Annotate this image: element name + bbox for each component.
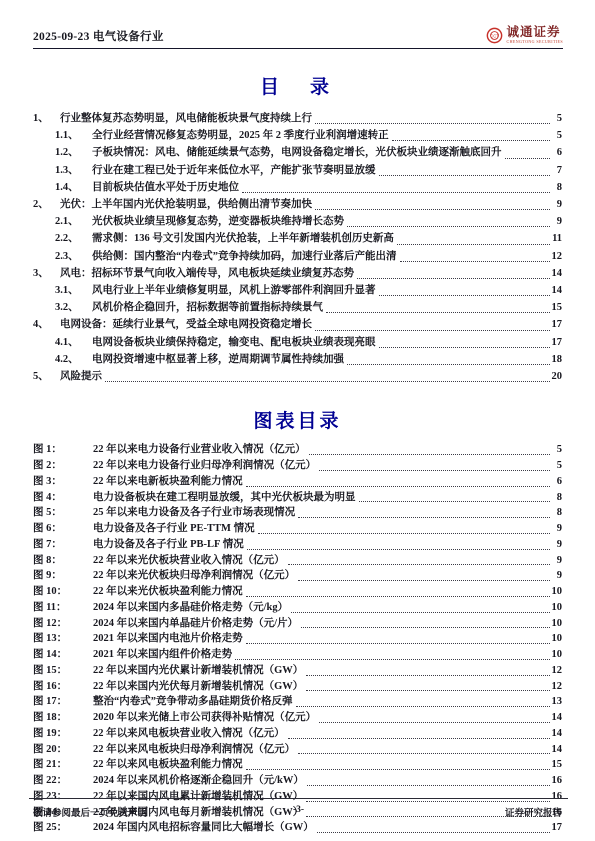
toc-entry[interactable]: 1、 行业整体复苏态势明显，风电储能板块景气度持续上行 5: [33, 110, 562, 127]
toc-entry-label: 电网设备：延续行业景气，受益全球电网投资稳定增长: [60, 316, 312, 333]
figure-entry[interactable]: 图 25： 2024 年国内风电招标容量同比大幅增长（GW） 17: [33, 820, 562, 836]
dotted-leader: [347, 226, 550, 227]
figure-entry-number: 图 19：: [33, 726, 93, 742]
figure-entry[interactable]: 图 3： 22 年以来电新板块盈利能力情况 6: [33, 474, 562, 490]
dotted-leader: [246, 643, 550, 644]
dotted-leader: [315, 209, 550, 210]
figure-entry-page: 14: [552, 742, 563, 758]
dotted-leader: [306, 675, 549, 676]
toc-entry[interactable]: 1.4、 目前板块估值水平处于历史地位 8: [33, 179, 562, 196]
dotted-leader: [298, 580, 550, 581]
figure-entry-label: 25 年以来电力设备及各子行业市场表现情况: [93, 505, 295, 521]
figure-entry-label: 22 年以来风电板块盈利能力情况: [93, 757, 243, 773]
figure-entry-page: 5: [552, 458, 562, 474]
figure-entry-page: 6: [552, 474, 562, 490]
toc-entry-label: 电网设备板块业绩保持稳定，输变电、配电板块业绩表现亮眼: [92, 334, 376, 351]
dotted-leader: [319, 722, 549, 723]
toc-entry[interactable]: 2.3、 供给侧：国内整治“内卷式”竞争持续加码，加速行业落后产能出清 12: [33, 248, 562, 265]
figure-entry[interactable]: 图 9： 22 年以来光伏板块归母净利润情况（亿元） 9: [33, 568, 562, 584]
dotted-leader: [379, 347, 550, 348]
figure-entry-number: 图 9：: [33, 568, 93, 584]
toc-entry-number: 3.1、: [55, 282, 92, 299]
figure-entry-label: 2021 年以来国内电池片价格走势: [93, 631, 243, 647]
figure-entry[interactable]: 图 19： 22 年以来风电板块营业收入情况（亿元） 14: [33, 726, 562, 742]
toc-entry-number: 3、: [33, 265, 60, 282]
dotted-leader: [379, 295, 550, 296]
toc-title: 目 录: [33, 72, 562, 99]
toc-entry[interactable]: 4.1、 电网设备板块业绩保持稳定，输变电、配电板块业绩表现亮眼 17: [33, 334, 562, 351]
toc-entry-number: 4、: [33, 316, 60, 333]
figure-entry[interactable]: 图 8： 22 年以来光伏板块营业收入情况（亿元） 9: [33, 553, 562, 569]
header-date-industry: 2025-09-23 电气设备行业: [33, 28, 164, 44]
brand-emblem-icon: CCT: [486, 27, 503, 44]
figure-entry-label: 22 年以来电力设备行业营业收入情况（亿元）: [93, 442, 306, 458]
figure-entry-page: 17: [552, 820, 563, 836]
figure-entry-number: 图 7：: [33, 537, 93, 553]
figure-entry-page: 10: [552, 616, 563, 632]
brand-text: 诚通证券 CHENGTONG SECURITIES: [507, 26, 563, 44]
figure-entry-label: 2020 年以来光储上市公司获得补贴情况（亿元）: [93, 710, 316, 726]
toc-entry-label: 光伏板块业绩呈现修复态势，逆变器板块维持增长态势: [92, 213, 344, 230]
toc-entry-page: 12: [552, 248, 563, 265]
dotted-leader: [246, 769, 550, 770]
page-header: 2025-09-23 电气设备行业 CCT 诚通证券 CHENGTONG SEC…: [33, 22, 563, 49]
dotted-leader: [242, 192, 550, 193]
toc-entry[interactable]: 4、 电网设备：延续行业景气，受益全球电网投资稳定增长 17: [33, 316, 562, 333]
figure-list: 图 1： 22 年以来电力设备行业营业收入情况（亿元） 5 图 2： 22 年以…: [33, 442, 562, 836]
figure-entry-label: 2024 年以来国内单晶硅片价格走势（元/片）: [93, 616, 298, 632]
figure-entry-label: 2024 年以来国内多晶硅价格走势（元/kg）: [93, 600, 288, 616]
figure-entry-page: 12: [552, 663, 563, 679]
figures-title: 图表目录: [33, 406, 562, 433]
figure-entry-number: 图 12：: [33, 616, 93, 632]
toc-entry-label: 目前板块估值水平处于历史地位: [92, 179, 239, 196]
figure-entry[interactable]: 图 10： 22 年以来光伏板块盈利能力情况 10: [33, 584, 562, 600]
figure-entry-label: 22 年以来光伏板块盈利能力情况: [93, 584, 243, 600]
figure-entry-page: 8: [552, 490, 562, 506]
dotted-leader: [347, 364, 550, 365]
figure-entry-number: 图 25：: [33, 820, 93, 836]
figure-entry-number: 图 1：: [33, 442, 93, 458]
dotted-leader: [291, 612, 549, 613]
figure-entry-page: 13: [552, 694, 563, 710]
toc-entry[interactable]: 2.2、 需求侧：136 号文引发国内光伏抢装，上半年新增装机创历史新高 11: [33, 230, 562, 247]
figure-entry[interactable]: 图 7： 电力设备及各子行业 PB-LF 情况 9: [33, 537, 562, 553]
toc-entry-number: 1.3、: [55, 162, 92, 179]
toc-entry-page: 14: [552, 282, 563, 299]
report-page: 2025-09-23 电气设备行业 CCT 诚通证券 CHENGTONG SEC…: [0, 0, 595, 841]
toc-entry-number: 2.3、: [55, 248, 92, 265]
figure-entry[interactable]: 图 21： 22 年以来风电板块盈利能力情况 15: [33, 757, 562, 773]
dotted-leader: [357, 278, 550, 279]
figure-entry[interactable]: 图 4： 电力设备板块在建工程明显放缓，其中光伏板块最为明显 8: [33, 490, 562, 506]
figure-entry-page: 14: [552, 710, 563, 726]
figure-entry-label: 22 年以来光伏板块营业收入情况（亿元）: [93, 553, 285, 569]
figure-entry-page: 15: [552, 757, 563, 773]
figure-entry-label: 22 年以来风电板块营业收入情况（亿元）: [93, 726, 285, 742]
toc-entry[interactable]: 2.1、 光伏板块业绩呈现修复态势，逆变器板块维持增长态势 9: [33, 213, 562, 230]
figure-entry-number: 图 5：: [33, 505, 93, 521]
figure-entry-label: 电力设备板块在建工程明显放缓，其中光伏板块最为明显: [93, 490, 356, 506]
toc-entry[interactable]: 3、 风电：招标环节景气向收入端传导，风电板块延续业绩复苏态势 14: [33, 265, 562, 282]
figure-entry-number: 图 18：: [33, 710, 93, 726]
toc-entry-number: 1、: [33, 110, 60, 127]
toc-entry-number: 1.2、: [55, 144, 92, 161]
brand-subtitle: CHENGTONG SECURITIES: [507, 40, 563, 44]
toc-entry-label: 全行业经营情况修复态势明显，2025 年 2 季度行业利润增速转正: [92, 127, 389, 144]
toc-entry-number: 2.1、: [55, 213, 92, 230]
toc-entry-page: 5: [552, 127, 562, 144]
toc-entry-page: 9: [552, 213, 562, 230]
toc-entry-page: 20: [552, 368, 563, 385]
dotted-leader: [400, 261, 550, 262]
toc-list: 1、 行业整体复苏态势明显，风电储能板块景气度持续上行 5 1.1、 全行业经营…: [33, 110, 562, 385]
figure-entry-page: 10: [552, 600, 563, 616]
figure-entry-page: 8: [552, 505, 562, 521]
dotted-leader: [296, 706, 550, 707]
toc-entry-label: 需求侧：136 号文引发国内光伏抢装，上半年新增装机创历史新高: [92, 230, 394, 247]
dotted-leader: [505, 158, 551, 159]
figure-entry-number: 图 11：: [33, 600, 93, 616]
toc-entry-number: 1.1、: [55, 127, 92, 144]
toc-entry-number: 4.2、: [55, 351, 92, 368]
toc-entry-label: 行业整体复苏态势明显，风电储能板块景气度持续上行: [60, 110, 312, 127]
figure-entry-number: 图 20：: [33, 742, 93, 758]
dotted-leader: [301, 627, 549, 628]
footer-disclaimer: 敬请参阅最后一页免责声明: [33, 805, 147, 819]
toc-entry-page: 9: [552, 196, 562, 213]
toc-entry-page: 11: [552, 230, 562, 247]
page-footer: 敬请参阅最后一页免责声明 -3- 证券研究报告: [29, 798, 568, 819]
figure-entry-label: 整治“内卷式”竞争带动多晶硅期货价格反弹: [93, 694, 293, 710]
toc-entry-page: 17: [552, 316, 563, 333]
toc-entry-number: 3.2、: [55, 299, 92, 316]
toc-entry[interactable]: 1.2、 子板块情况：风电、储能延续景气态势，电网设备稳定增长，光伏板块业绩逐渐…: [33, 144, 562, 161]
toc-entry[interactable]: 4.2、 电网投资增速中枢显著上移，逆周期调节属性持续加强 18: [33, 351, 562, 368]
toc-entry-label: 风电行业上半年业绩修复明显，风机上游零部件利润回升显著: [92, 282, 376, 299]
toc-entry-label: 子板块情况：风电、储能延续景气态势，电网设备稳定增长，光伏板块业绩逐渐触底回升: [92, 144, 502, 161]
figure-entry-page: 5: [552, 442, 562, 458]
dotted-leader: [247, 549, 550, 550]
dotted-leader: [359, 501, 551, 502]
toc-entry-number: 1.4、: [55, 179, 92, 196]
figure-entry-number: 图 3：: [33, 474, 93, 490]
dotted-leader: [392, 140, 550, 141]
figure-entry[interactable]: 图 20： 22 年以来风电板块归母净利润情况（亿元） 14: [33, 742, 562, 758]
figure-entry[interactable]: 图 18： 2020 年以来光储上市公司获得补贴情况（亿元） 14: [33, 710, 562, 726]
toc-entry-page: 17: [552, 334, 563, 351]
figure-entry-page: 10: [552, 631, 563, 647]
figure-entry-label: 22 年以来电新板块盈利能力情况: [93, 474, 243, 490]
figure-entry[interactable]: 图 5： 25 年以来电力设备及各子行业市场表现情况 8: [33, 505, 562, 521]
page-content: 目 录 1、 行业整体复苏态势明显，风电储能板块景气度持续上行 5 1.1、 全…: [33, 70, 562, 836]
dotted-leader: [315, 123, 550, 124]
dotted-leader: [105, 381, 550, 382]
footer-page-number: -3-: [293, 805, 304, 815]
figure-entry-number: 图 22：: [33, 773, 93, 789]
toc-entry-label: 风险提示: [60, 368, 102, 385]
figure-entry-label: 22 年以来国内光伏每月新增装机情况（GW）: [93, 679, 303, 695]
figure-entry-number: 图 10：: [33, 584, 93, 600]
dotted-leader: [319, 470, 550, 471]
figure-entry[interactable]: 图 2： 22 年以来电力设备行业归母净利润情况（亿元） 5: [33, 458, 562, 474]
toc-entry-page: 8: [552, 179, 562, 196]
dotted-leader: [306, 690, 549, 691]
dotted-leader: [298, 753, 549, 754]
figure-entry[interactable]: 图 6： 电力设备及各子行业 PE-TTM 情况 9: [33, 521, 562, 537]
figure-entry-number: 图 14：: [33, 647, 93, 663]
dotted-leader: [326, 312, 550, 313]
dotted-leader: [307, 785, 550, 786]
toc-entry-label: 供给侧：国内整治“内卷式”竞争持续加码，加速行业落后产能出清: [92, 248, 397, 265]
figure-entry-label: 电力设备及各子行业 PB-LF 情况: [93, 537, 244, 553]
figure-entry-page: 12: [552, 679, 563, 695]
brand-logo: CCT 诚通证券 CHENGTONG SECURITIES: [486, 26, 563, 44]
figure-entry-number: 图 8：: [33, 553, 93, 569]
toc-entry-label: 风机价格企稳回升，招标数据等前置指标持续景气: [92, 299, 323, 316]
figure-entry-label: 22 年以来风电板块归母净利润情况（亿元）: [93, 742, 295, 758]
dotted-leader: [258, 533, 550, 534]
toc-entry-label: 光伏：上半年国内光伏抢装明显，供给侧出清节奏加快: [60, 196, 312, 213]
figure-entry[interactable]: 图 15： 22 年以来国内光伏累计新增装机情况（GW） 12: [33, 663, 562, 679]
dotted-leader: [246, 486, 550, 487]
toc-entry-page: 14: [552, 265, 563, 282]
toc-entry-page: 15: [552, 299, 563, 316]
figure-entry[interactable]: 图 1： 22 年以来电力设备行业营业收入情况（亿元） 5: [33, 442, 562, 458]
figure-entry-number: 图 6：: [33, 521, 93, 537]
figure-entry-number: 图 16：: [33, 679, 93, 695]
figure-entry-label: 2024 年国内风电招标容量同比大幅增长（GW）: [93, 820, 314, 836]
figure-entry-number: 图 15：: [33, 663, 93, 679]
toc-entry-page: 18: [552, 351, 563, 368]
toc-entry-number: 5、: [33, 368, 60, 385]
dotted-leader: [246, 596, 550, 597]
dotted-leader: [298, 517, 550, 518]
dotted-leader: [397, 244, 550, 245]
figure-entry-number: 图 2：: [33, 458, 93, 474]
dotted-leader: [315, 330, 550, 331]
toc-entry-page: 7: [552, 162, 562, 179]
toc-entry-label: 电网投资增速中枢显著上移，逆周期调节属性持续加强: [92, 351, 344, 368]
toc-entry[interactable]: 1.3、 行业在建工程已处于近年来低位水平，产能扩张节奏明显放缓 7: [33, 162, 562, 179]
toc-entry-number: 2、: [33, 196, 60, 213]
figure-entry-page: 16: [552, 773, 563, 789]
dotted-leader: [309, 454, 550, 455]
dotted-leader: [235, 659, 549, 660]
toc-entry-label: 行业在建工程已处于近年来低位水平，产能扩张节奏明显放缓: [92, 162, 376, 179]
dotted-leader: [379, 175, 551, 176]
toc-entry-page: 6: [552, 144, 562, 161]
dotted-leader: [288, 564, 550, 565]
figure-entry-page: 14: [552, 726, 563, 742]
figure-entry[interactable]: 图 16： 22 年以来国内光伏每月新增装机情况（GW） 12: [33, 679, 562, 695]
figure-entry-page: 9: [552, 537, 562, 553]
figure-entry-label: 2021 年以来国内组件价格走势: [93, 647, 232, 663]
figure-entry-number: 图 13：: [33, 631, 93, 647]
figure-entry-page: 9: [552, 568, 562, 584]
toc-entry[interactable]: 5、 风险提示 20: [33, 368, 562, 385]
toc-entry[interactable]: 1.1、 全行业经营情况修复态势明显，2025 年 2 季度行业利润增速转正 5: [33, 127, 562, 144]
figure-entry-page: 9: [552, 521, 562, 537]
toc-entry[interactable]: 3.2、 风机价格企稳回升，招标数据等前置指标持续景气 15: [33, 299, 562, 316]
figure-entry[interactable]: 图 11： 2024 年以来国内多晶硅价格走势（元/kg） 10: [33, 600, 562, 616]
figure-entry-number: 图 4：: [33, 490, 93, 506]
toc-entry[interactable]: 3.1、 风电行业上半年业绩修复明显，风机上游零部件利润回升显著 14: [33, 282, 562, 299]
toc-entry[interactable]: 2、 光伏：上半年国内光伏抢装明显，供给侧出清节奏加快 9: [33, 196, 562, 213]
dotted-leader: [288, 738, 550, 739]
figure-entry-page: 10: [552, 584, 563, 600]
figure-entry-label: 22 年以来电力设备行业归母净利润情况（亿元）: [93, 458, 316, 474]
brand-name: 诚通证券: [507, 26, 563, 39]
figure-entry-page: 10: [552, 647, 563, 663]
svg-text:CCT: CCT: [490, 33, 499, 38]
figure-entry[interactable]: 图 22： 2024 年以来风机价格逐渐企稳回升（元/kW） 16: [33, 773, 562, 789]
figure-entry-label: 22 年以来国内光伏累计新增装机情况（GW）: [93, 663, 303, 679]
figure-entry-number: 图 17：: [33, 694, 93, 710]
footer-report-type: 证券研究报告: [505, 805, 562, 819]
toc-entry-number: 4.1、: [55, 334, 92, 351]
figure-entry[interactable]: 图 17： 整治“内卷式”竞争带动多晶硅期货价格反弹 13: [33, 694, 562, 710]
figure-entry[interactable]: 图 12： 2024 年以来国内单晶硅片价格走势（元/片） 10: [33, 616, 562, 632]
figure-entry[interactable]: 图 13： 2021 年以来国内电池片价格走势 10: [33, 631, 562, 647]
toc-entry-number: 2.2、: [55, 230, 92, 247]
figure-entry-label: 22 年以来光伏板块归母净利润情况（亿元）: [93, 568, 295, 584]
figure-entry-number: 图 21：: [33, 757, 93, 773]
toc-entry-label: 风电：招标环节景气向收入端传导，风电板块延续业绩复苏态势: [60, 265, 354, 282]
figure-entry[interactable]: 图 14： 2021 年以来国内组件价格走势 10: [33, 647, 562, 663]
toc-entry-page: 5: [552, 110, 562, 127]
figure-entry-label: 电力设备及各子行业 PE-TTM 情况: [93, 521, 255, 537]
dotted-leader: [317, 832, 550, 833]
figure-entry-page: 9: [552, 553, 562, 569]
figure-entry-label: 2024 年以来风机价格逐渐企稳回升（元/kW）: [93, 773, 304, 789]
